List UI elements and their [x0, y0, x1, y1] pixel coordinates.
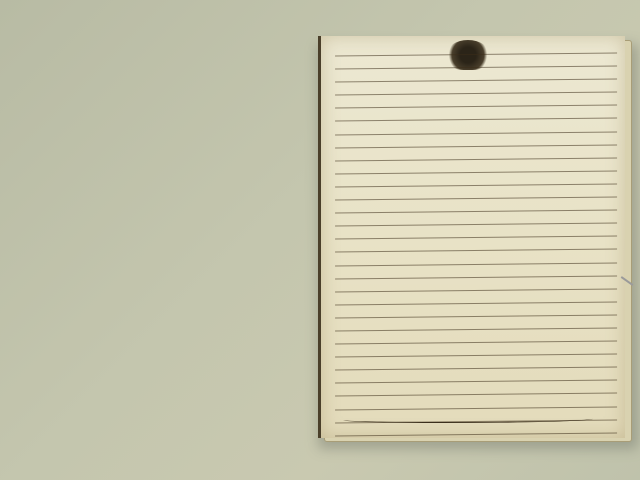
manuscript-page — [318, 36, 625, 438]
handwritten-text-block — [335, 42, 617, 438]
